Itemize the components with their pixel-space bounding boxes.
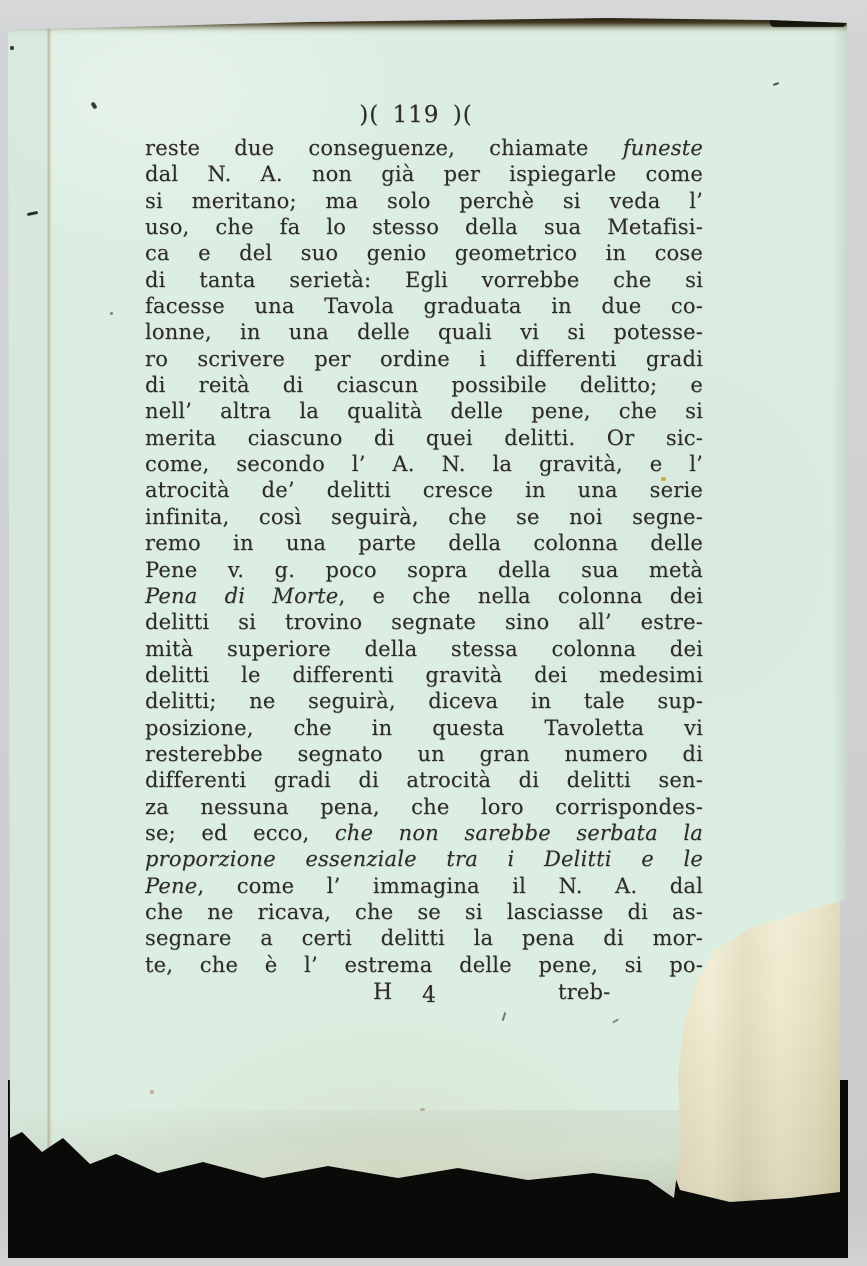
text-line: delitti le differenti gravità dei medesi… bbox=[145, 662, 703, 688]
text-line: ca e del suo genio geometrico in cose bbox=[145, 240, 703, 266]
text-line: ro scrivere per ordine i differenti grad… bbox=[145, 346, 703, 372]
gutter-margin-tint bbox=[8, 26, 46, 1166]
text-line: Pena di Morte, e che nella colonna dei bbox=[145, 583, 703, 609]
page-top-edge bbox=[8, 18, 848, 34]
text-line: si meritano; ma solo perchè si veda l’ bbox=[145, 188, 703, 214]
text-line: resterebbe segnato un gran numero di bbox=[145, 741, 703, 767]
text-line: di reità di ciascun possibile delitto; e bbox=[145, 372, 703, 398]
text-line: dal N. A. non già per ispiegarle come bbox=[145, 161, 703, 187]
text-line: di tanta serietà: Egli vorrebbe che si bbox=[145, 267, 703, 293]
book-scan: )( 119 )( reste due conseguenze, chiamat… bbox=[0, 0, 867, 1266]
paper-speck bbox=[150, 1090, 154, 1094]
page-right-shading bbox=[832, 28, 848, 908]
text-line: facesse una Tavola graduata in due co- bbox=[145, 293, 703, 319]
text-line: delitti; ne seguirà, diceva in tale sup- bbox=[145, 688, 703, 714]
page-text: reste due conseguenze, chiamate funested… bbox=[145, 135, 703, 1008]
page-top-edge-dark-notch bbox=[770, 18, 846, 27]
text-line: reste due conseguenze, chiamate funeste bbox=[145, 135, 703, 161]
paper-speck bbox=[10, 46, 14, 50]
signature-line: H 4 treb- bbox=[145, 980, 703, 1008]
text-line: Pene, come l’ immagina il N. A. dal bbox=[145, 873, 703, 899]
gathering-number: 4 bbox=[422, 983, 436, 1008]
text-line: merita ciascuno di quei delitti. Or sic- bbox=[145, 425, 703, 451]
text-line: Pene v. g. poco sopra della sua metà bbox=[145, 557, 703, 583]
text-line: te, che è l’ estrema delle pene, si po- bbox=[145, 952, 703, 978]
text-line: che ne ricava, che se si lasciasse di as… bbox=[145, 899, 703, 925]
paper-speck bbox=[502, 1012, 507, 1021]
gathering-letter: H bbox=[373, 980, 392, 1005]
text-line: delitti si trovino segnate sino all’ est… bbox=[145, 609, 703, 635]
text-line: remo in una parte della colonna delle bbox=[145, 530, 703, 556]
text-line: lonne, in una delle quali vi si potesse- bbox=[145, 319, 703, 345]
page-crease bbox=[46, 26, 52, 1161]
text-line: za nessuna pena, che loro corrispondes- bbox=[145, 794, 703, 820]
text-line: nell’ altra la qualità delle pene, che s… bbox=[145, 398, 703, 424]
text-line: mità superiore della stessa colonna dei bbox=[145, 636, 703, 662]
text-line: uso, che fa lo stesso della sua Metafisi… bbox=[145, 214, 703, 240]
paper-speck bbox=[110, 312, 113, 315]
text-line: come, secondo l’ A. N. la gravità, e l’ bbox=[145, 451, 703, 477]
text-line: differenti gradi di atrocità di delitti … bbox=[145, 767, 703, 793]
paper-speck bbox=[612, 1018, 619, 1023]
text-line: infinita, così seguirà, che se noi segne… bbox=[145, 504, 703, 530]
text-line: segnare a certi delitti la pena di mor- bbox=[145, 925, 703, 951]
page-number-header: )( 119 )( bbox=[137, 102, 695, 128]
text-line: proporzione essenziale tra i Delitti e l… bbox=[145, 846, 703, 872]
text-line: atrocità de’ delitti cresce in una serie bbox=[145, 477, 703, 503]
paper-speck bbox=[90, 101, 97, 109]
paper-speck bbox=[773, 82, 779, 86]
paper-speck bbox=[420, 1108, 425, 1111]
text-line: se; ed ecco, che non sarebbe serbata la bbox=[145, 820, 703, 846]
text-line: posizione, che in questa Tavoletta vi bbox=[145, 715, 703, 741]
catchword: treb- bbox=[558, 980, 610, 1004]
